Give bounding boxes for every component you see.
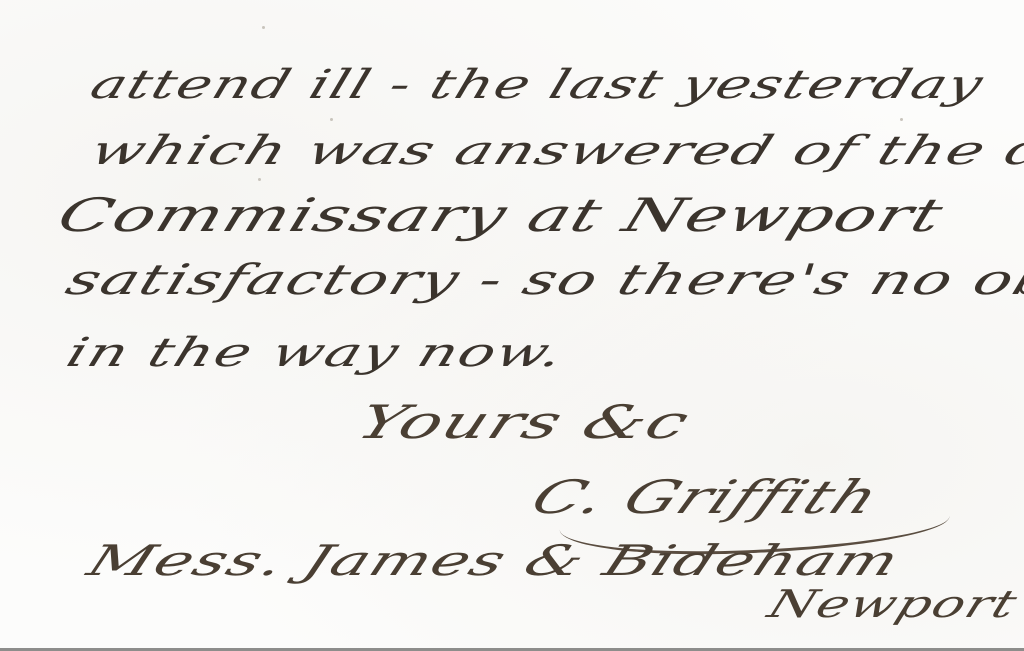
letter-line-5: in the way now. [61,330,571,376]
letter-closing: Yours &c [350,395,698,449]
letter-line-2: which was answered of the deputy [84,128,1024,174]
ink-speck [900,118,903,121]
letter-paper: attend ill - the last yesterday which wa… [0,0,1024,651]
letter-addressee: Mess. James & Bideham [81,536,908,585]
ink-speck [262,26,265,29]
letter-line-3: Commissary at Newport [51,188,950,242]
letter-signature: C. Griffith [523,470,889,524]
letter-place: Newport [762,582,1024,626]
letter-line-4: satisfactory - so there's no obstacle [60,255,1024,304]
letter-line-1: attend ill - the last yesterday [85,62,989,108]
ink-speck [330,118,333,121]
ink-speck [258,178,261,181]
